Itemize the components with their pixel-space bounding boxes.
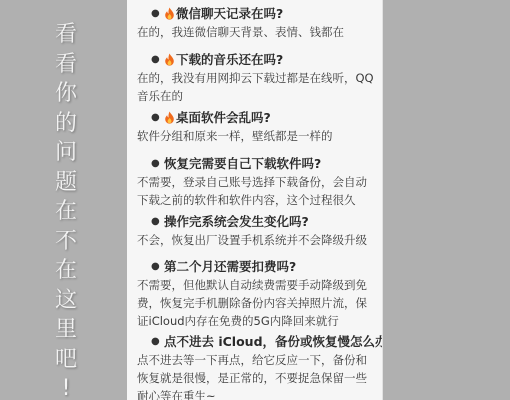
faq-item: ● 桌面软件会乱吗? 软件分组和原来一样，壁纸都是一样的 [142,109,376,145]
fire-icon [164,7,175,20]
caption-char: 里 [55,315,77,345]
vertical-caption: 看 看 你 的 问 题 在 不 在 这 里 吧 ! [52,20,80,400]
caption-char: 不 [55,227,77,257]
answer-line: 费，恢复完手机删除备份内容关掉照片流，保 [137,294,376,312]
faq-item: ● 恢复完需要自己下载软件吗? 不需要，登录自己账号选择下载备份，会自动 下载之… [142,155,376,209]
answer-line: 恢复就是很慢，是正常的，不要捉急保留一些 [137,369,376,387]
bullet-icon: ● [151,258,160,276]
faq-question: ● 微信聊天记录在吗? [142,5,376,23]
caption-char: 吧 [55,345,77,375]
caption-char: 看 [55,50,77,80]
fire-icon [164,111,175,124]
answer-line: 不需要，但他默认自动续费需要手动降级到免 [137,276,376,294]
answer-line: 下载之前的软件和软件内容，这个过程很久 [137,191,376,209]
bullet-icon: ● [151,5,160,23]
faq-answer: 软件分组和原来一样，壁纸都是一样的 [137,127,376,145]
answer-line: 在的，我连微信聊天背景、表情、钱都在 [137,23,376,41]
answer-line: 不会，恢复出厂设置手机系统并不会降级升级 [137,231,376,249]
faq-answer: 不需要，登录自己账号选择下载备份，会自动 下载之前的软件和软件内容，这个过程很久 [137,173,376,209]
answer-line: 耐心等在重生~ [137,387,376,400]
faq-answer: 在的，我没有用网抑云下载过都是在线听，QQ 音乐在的 [137,69,376,105]
caption-char: 题 [55,168,77,198]
bullet-icon: ● [151,51,160,69]
faq-item: ● 操作完系统会发生变化吗? 不会，恢复出厂设置手机系统并不会降级升级 [142,213,376,249]
faq-panel: ● 微信聊天记录在吗? 在的，我连微信聊天背景、表情、钱都在 ● 下载的音乐还在… [127,0,382,400]
caption-char: 的 [55,109,77,139]
bullet-icon: ● [151,333,160,351]
faq-item: ● 下载的音乐还在吗? 在的，我没有用网抑云下载过都是在线听，QQ 音乐在的 [142,51,376,105]
caption-char: 在 [55,256,77,286]
bullet-icon: ● [151,155,160,173]
answer-line: 不需要，登录自己账号选择下载备份，会自动 [137,173,376,191]
bullet-icon: ● [151,213,160,231]
faq-question: ● 操作完系统会发生变化吗? [142,213,376,231]
faq-question: ● 点不进去 iCloud，备份或恢复慢怎么办? [142,333,376,351]
faq-question: ● 第二个月还需要扣费吗? [142,258,376,276]
caption-char: 你 [55,79,77,109]
answer-line: 点不进去等一下再点，给它反应一下，备份和 [137,351,376,369]
faq-answer: 不会，恢复出厂设置手机系统并不会降级升级 [137,231,376,249]
answer-line: 音乐在的 [137,87,376,105]
answer-line: 在的，我没有用网抑云下载过都是在线听，QQ [137,69,376,87]
caption-char: 在 [55,197,77,227]
faq-item: ● 微信聊天记录在吗? 在的，我连微信聊天背景、表情、钱都在 [142,5,376,41]
faq-item: ● 第二个月还需要扣费吗? 不需要，但他默认自动续费需要手动降级到免 费，恢复完… [142,258,376,330]
caption-char: ! [62,374,71,400]
answer-line: 软件分组和原来一样，壁纸都是一样的 [137,127,376,145]
caption-char: 这 [55,286,77,316]
faq-question: ● 桌面软件会乱吗? [142,109,376,127]
fire-icon [164,53,175,66]
faq-item: ● 点不进去 iCloud，备份或恢复慢怎么办? 点不进去等一下再点，给它反应一… [142,333,376,400]
caption-char: 看 [55,20,77,50]
faq-answer: 不需要，但他默认自动续费需要手动降级到免 费，恢复完手机删除备份内容关掉照片流，… [137,276,376,330]
caption-char: 问 [55,138,77,168]
faq-question: ● 下载的音乐还在吗? [142,51,376,69]
faq-answer: 点不进去等一下再点，给它反应一下，备份和 恢复就是很慢，是正常的，不要捉急保留一… [137,351,376,400]
faq-answer: 在的，我连微信聊天背景、表情、钱都在 [137,23,376,41]
bullet-icon: ● [151,109,160,127]
answer-line: 证iCloud内存在免费的5G内降回来就行 [137,312,376,330]
faq-question: ● 恢复完需要自己下载软件吗? [142,155,376,173]
